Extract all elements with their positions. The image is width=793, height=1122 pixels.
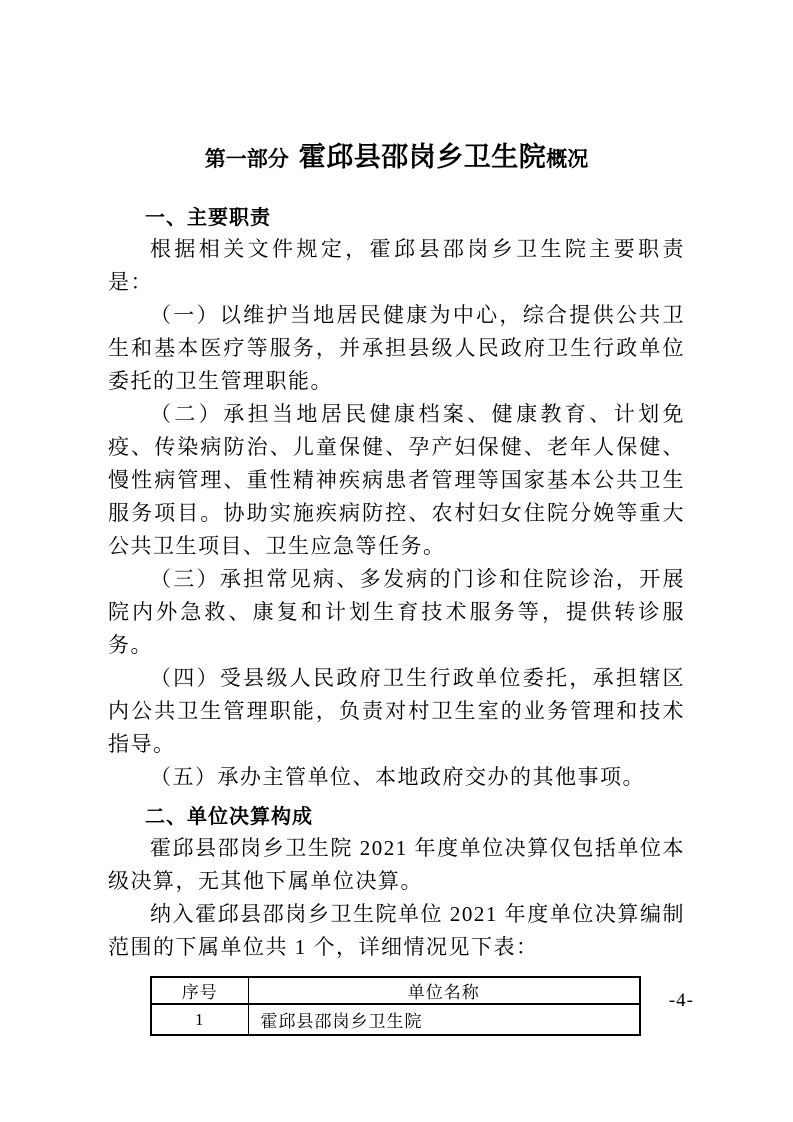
page-number: -4- [669,990,694,1012]
org-name-title: 霍邱县邵岗乡卫生院 [299,142,547,172]
section-2-paragraph-1: 霍邱县邵岗乡卫生院 2021 年度单位决算仅包括单位本级决算，无其他下属单位决算… [108,832,685,898]
duty-paragraph-5: （五）承办主管单位、本地政府交办的其他事项。 [108,761,685,794]
page-content: 第一部分霍邱县邵岗乡卫生院概况 一、主要职责 根据相关文件规定，霍邱县邵岗乡卫生… [108,138,685,1036]
table-header-unit-name: 单位名称 [248,977,640,1004]
section-2-paragraph-2: 纳入霍邱县邵岗乡卫生院单位 2021 年度单位决算编制范围的下属单位共 1 个，… [108,898,685,964]
table-cell-unit-name: 霍邱县邵岗乡卫生院 [248,1004,640,1035]
duty-paragraph-3: （三）承担常见病、多发病的门诊和住院诊治，开展院内外急救、康复和计划生育技术服务… [108,563,685,662]
section-1-heading: 一、主要职责 [108,203,685,233]
table-header-index: 序号 [151,977,248,1004]
title-suffix: 概况 [546,148,588,171]
section-2-heading: 二、单位决算构成 [108,802,685,832]
table-cell-index: 1 [151,1004,248,1035]
table-row: 1 霍邱县邵岗乡卫生院 [151,1004,640,1035]
subordinate-units-table: 序号 单位名称 1 霍邱县邵岗乡卫生院 [150,976,641,1036]
duty-paragraph-2: （二）承担当地居民健康档案、健康教育、计划免疫、传染病防治、儿童保健、孕产妇保健… [108,398,685,563]
table-header-row: 序号 单位名称 [151,977,640,1004]
document-title: 第一部分霍邱县邵岗乡卫生院概况 [108,138,685,179]
document-page: 第一部分霍邱县邵岗乡卫生院概况 一、主要职责 根据相关文件规定，霍邱县邵岗乡卫生… [0,0,793,1122]
section-1-intro: 根据相关文件规定，霍邱县邵岗乡卫生院主要职责是： [108,233,685,299]
part-label: 第一部分 [205,148,289,171]
duty-paragraph-4: （四）受县级人民政府卫生行政单位委托，承担辖区内公共卫生管理职能，负责对村卫生室… [108,662,685,761]
duty-paragraph-1: （一）以维护当地居民健康为中心，综合提供公共卫生和基本医疗等服务，并承担县级人民… [108,299,685,398]
